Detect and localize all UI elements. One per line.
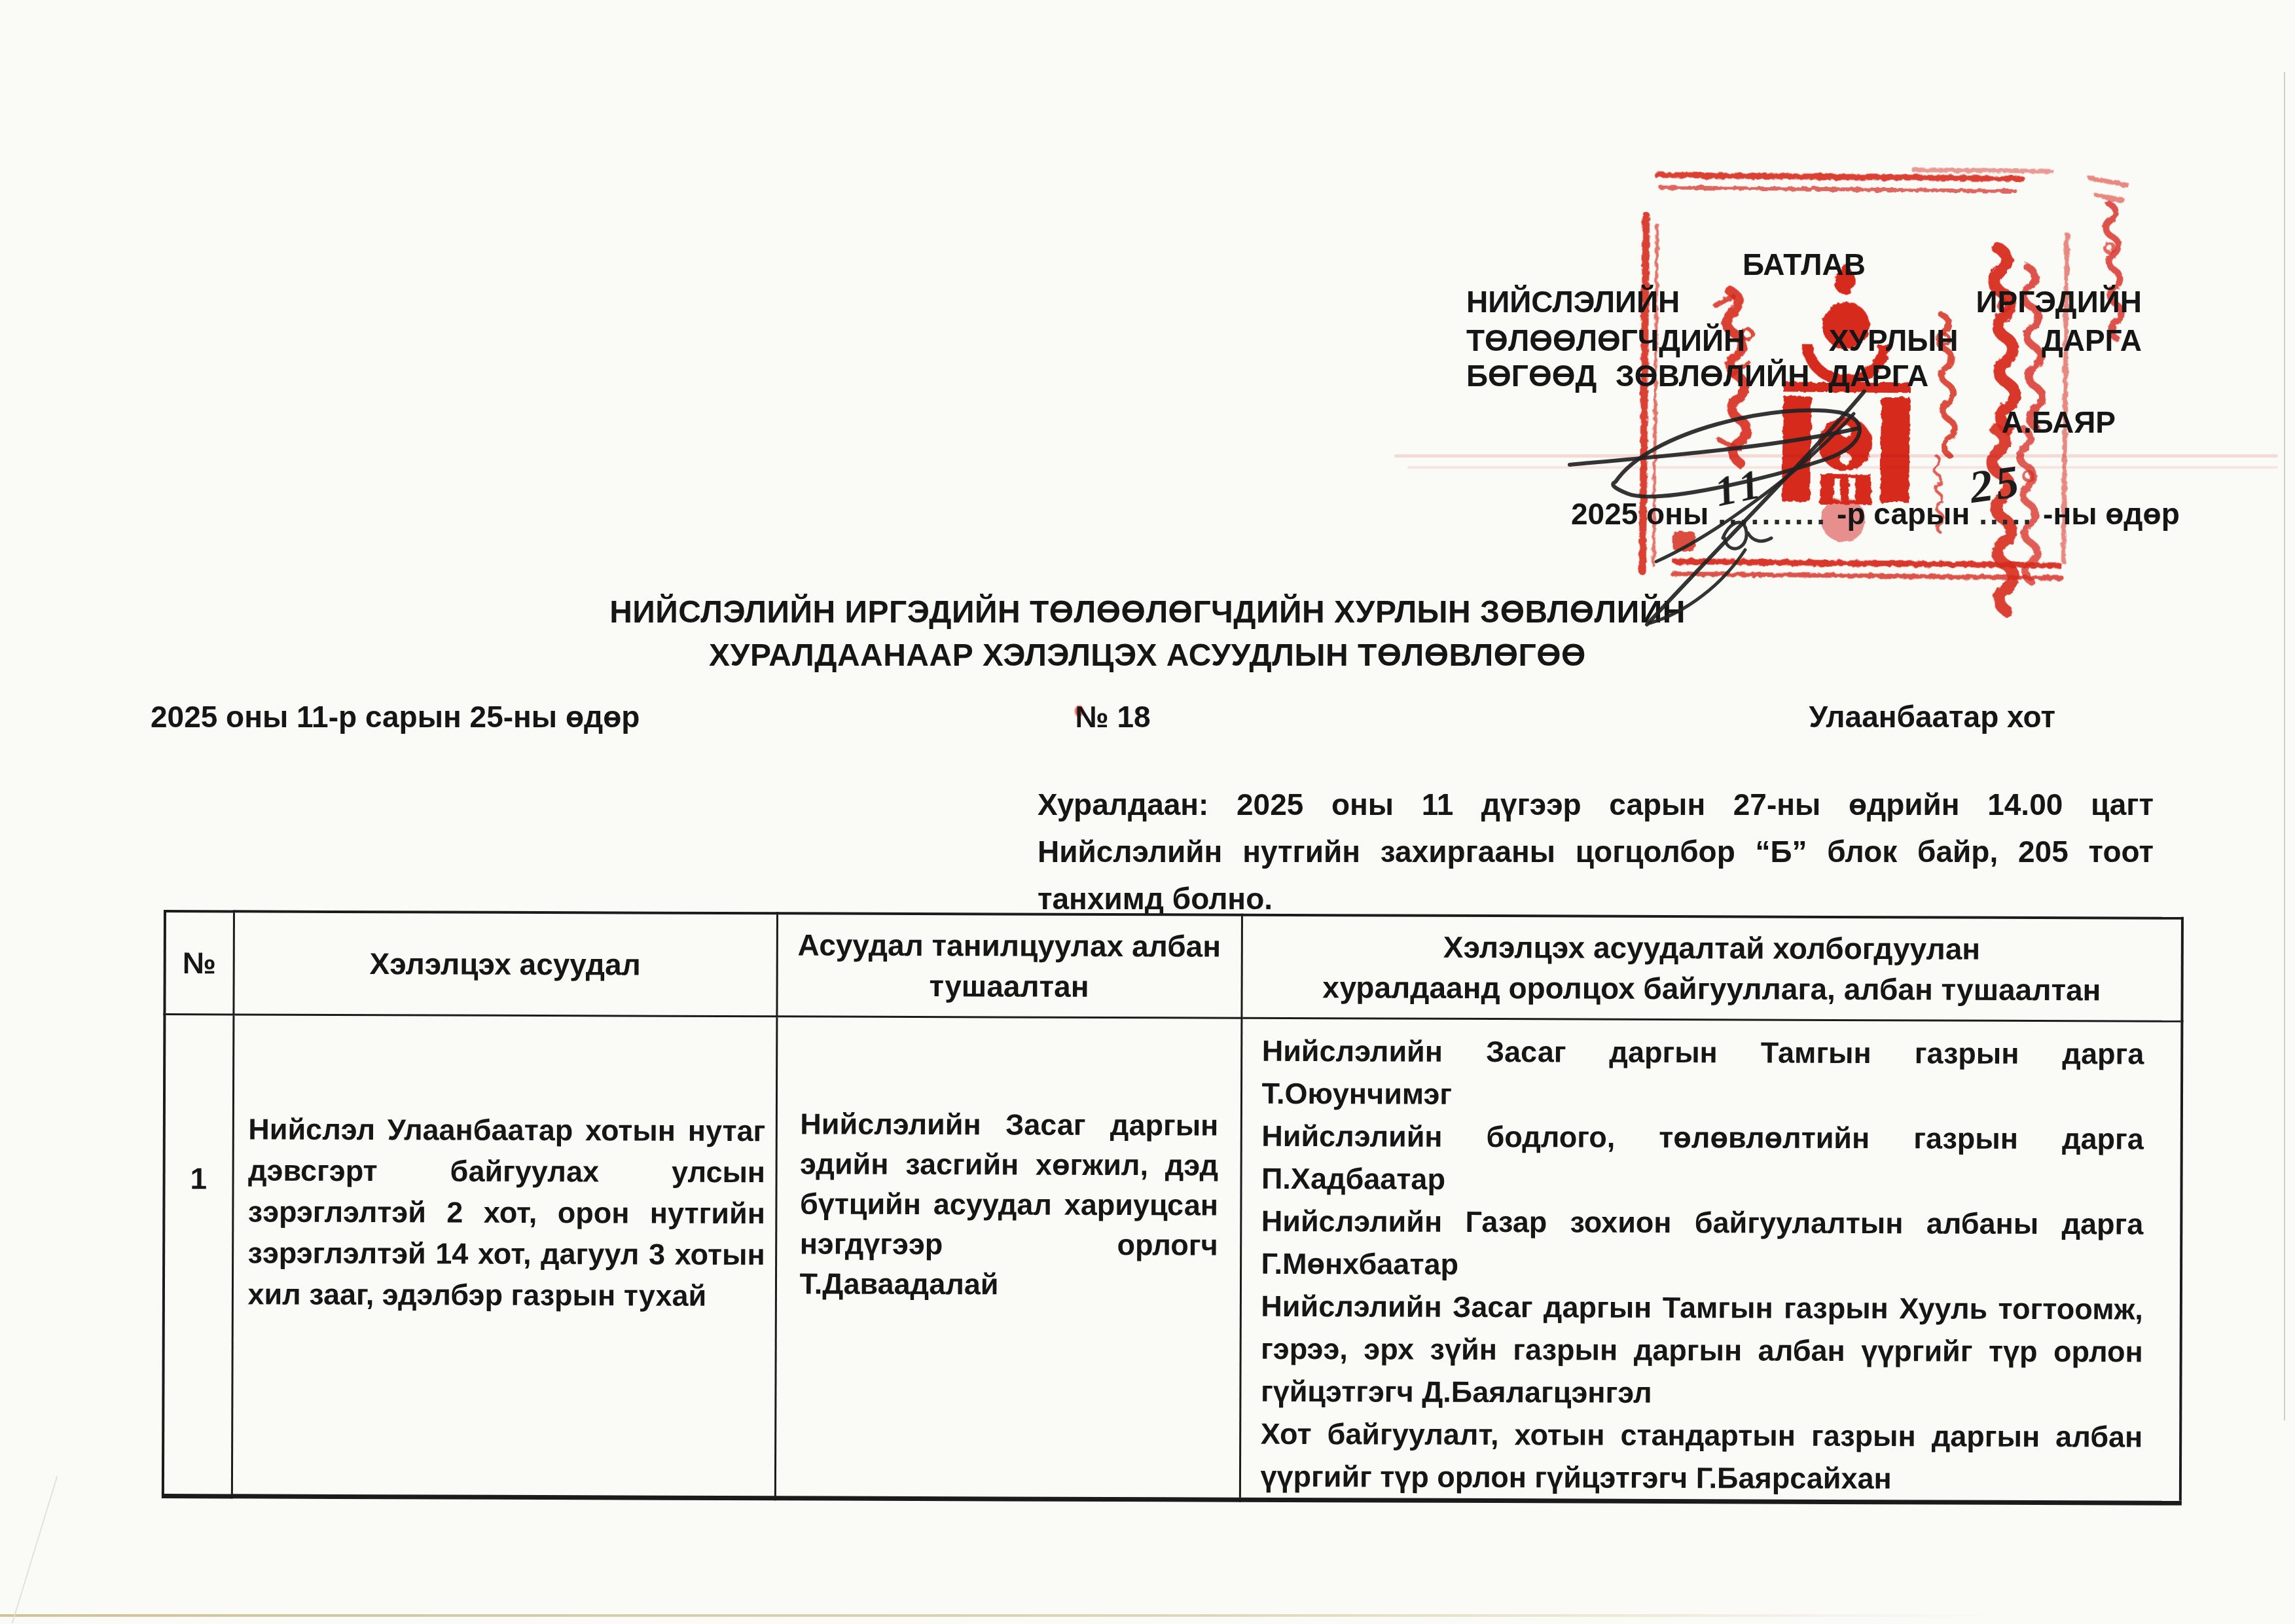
- approval-date-suffix: -ны өдөр: [2043, 497, 2180, 531]
- approval-word: ХУРЛЫН: [1829, 323, 1959, 358]
- approval-word: ДАРГА: [2042, 323, 2142, 358]
- row-issue-cell: Нийслэл Улаанбаатар хотын нутаг дэвсгэрт…: [232, 1014, 777, 1498]
- meeting-note: Хуралдаан: 2025 оны 11 дүгээр сарын 27-н…: [1038, 781, 2154, 922]
- approval-heading: БАТЛАВ: [1466, 247, 2142, 282]
- table-header-row: № Хэлэлцэх асуудал Асуудал танилцуулах а…: [164, 911, 2182, 1021]
- agenda-table: № Хэлэлцэх асуудал Асуудал танилцуулах а…: [162, 910, 2184, 1505]
- document-city: Улаанбаатар хот: [1466, 699, 2055, 734]
- row-participants-cell: Нийслэлийн Засаг даргын Тамгын газрын да…: [1240, 1018, 2182, 1503]
- approval-word: НИЙСЛЭЛИЙН: [1466, 284, 1680, 319]
- header-issue: Хэлэлцэх асуудал: [233, 911, 777, 1016]
- approval-word: ТӨЛӨӨЛӨГЧДИЙН: [1466, 323, 1745, 358]
- approval-title-line-1: НИЙСЛЭЛИЙН ИРГЭДИЙН: [1466, 284, 2142, 319]
- header-participants: Хэлэлцэх асуудалтай холбогдуулан хуралда…: [1241, 915, 2182, 1021]
- scanned-document-page: { "colors": { "stamp_red": "#dc1b0e", "i…: [0, 0, 2295, 1624]
- document-number: № 18: [982, 699, 1244, 734]
- paper-crease: [12, 1476, 58, 1623]
- approval-title-line-2: ТӨЛӨӨЛӨГЧДИЙН ХУРЛЫН ДАРГА: [1466, 323, 2142, 358]
- row-number-cell: 1: [163, 1014, 234, 1496]
- header-presenter: Асуудал танилцуулах албан тушаалтан: [776, 913, 1242, 1017]
- scan-bottom-edge: [0, 1614, 1997, 1617]
- agenda-table-wrapper: № Хэлэлцэх асуудал Асуудал танилцуулах а…: [162, 910, 2184, 1505]
- table-row: 1 Нийслэл Улаанбаатар хотын нутаг дэвсгэ…: [163, 1014, 2182, 1503]
- signature: [1558, 353, 2016, 628]
- header-number: №: [164, 911, 234, 1014]
- approval-word: ИРГЭДИЙН: [1976, 284, 2142, 319]
- row-presenter-cell: Нийслэлийн Засаг даргын эдийн засгийн хө…: [775, 1016, 1242, 1499]
- scan-right-edge: [2284, 72, 2285, 1420]
- document-date: 2025 оны 11-р сарын 25-ны өдөр: [151, 699, 640, 734]
